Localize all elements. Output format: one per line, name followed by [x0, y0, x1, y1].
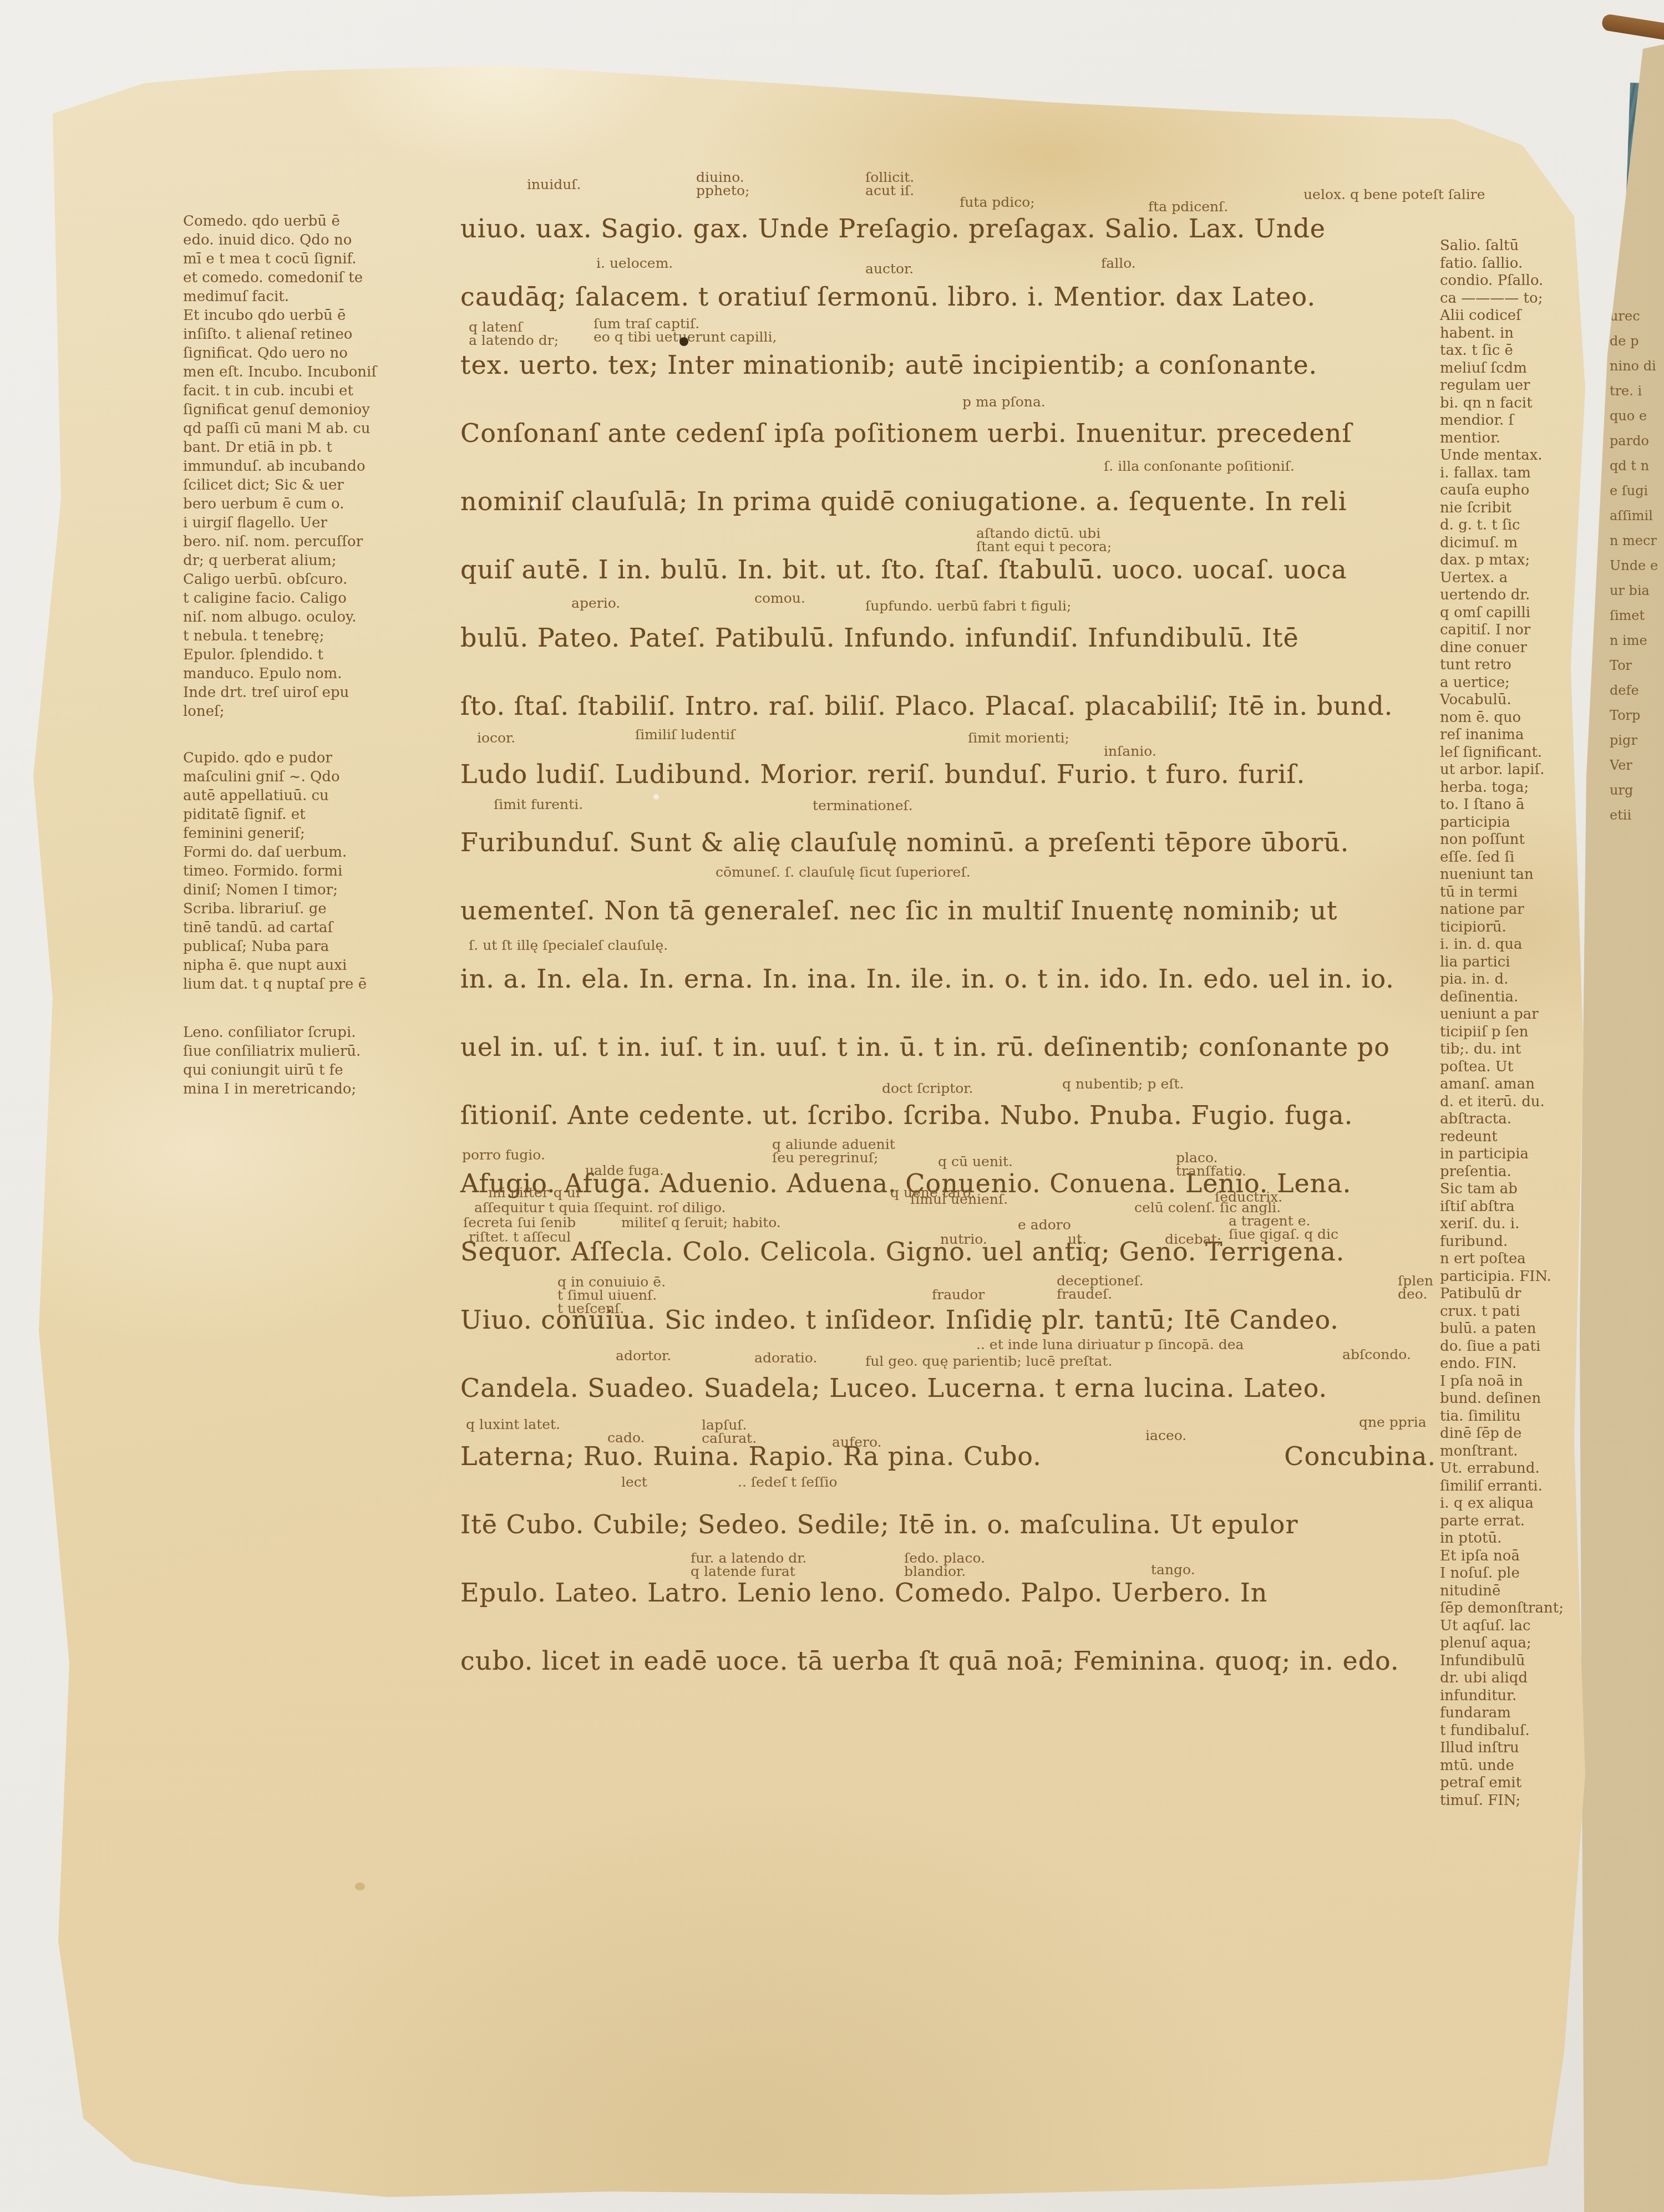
main-text-line: Furibunduſ. Sunt & alię clauſulę nominū.…: [460, 826, 1349, 859]
interlinear-gloss: .. et inde luna diriuatur p ſincopā. dea: [976, 1338, 1244, 1352]
interlinear-gloss: doct ſcriptor.: [882, 1081, 973, 1096]
interlinear-gloss: riſtet. t aſſecul: [469, 1230, 571, 1244]
interlinear-gloss: q uene taro.: [890, 1186, 975, 1200]
interlinear-gloss: ſ. illa conſonante poſitioniſ.: [1104, 459, 1295, 474]
interlinear-gloss: adoratio.: [754, 1351, 817, 1365]
main-text-line: in. a. In. ela. In. erna. In. ina. In. i…: [460, 962, 1394, 995]
facing-folio-text-fragments: urec de p nino di tre. i quo e pardo qd …: [1610, 304, 1663, 828]
interlinear-gloss: ſimiliſ ludentiſ: [635, 728, 735, 742]
interlinear-gloss: ful geo. quę parientib; lucē preſtat.: [865, 1354, 1112, 1369]
main-text-line: caudāq; ſalacem. t oratiuſ ſermonū. libr…: [460, 280, 1316, 313]
interlinear-gloss: iocor.: [477, 731, 515, 745]
interlinear-gloss: fallo.: [1101, 256, 1136, 271]
main-text-line: Candela. Suadeo. Suadela; Luceo. Lucerna…: [460, 1371, 1327, 1405]
left-margin-paragraph: Cupido. qdo e pudor maſculini gniſ ~. Qd…: [183, 749, 458, 994]
interlinear-gloss: qne ppria: [1359, 1415, 1427, 1430]
interlinear-gloss: dicebat;: [1165, 1232, 1221, 1247]
main-text-line: tex. uerto. tex; Inter minationib; autē …: [460, 348, 1317, 382]
interlinear-gloss: ſupfundo. uerbū fabri t figuli;: [865, 599, 1071, 613]
stain-spot: [355, 1883, 365, 1890]
main-text-line: cubo. licet in eadē uoce. tā uerba ſt qu…: [460, 1644, 1399, 1677]
interlinear-gloss: futa pdico;: [960, 195, 1035, 210]
main-text-line: Epulo. Lateo. Latro. Lenio leno. Comedo.…: [460, 1576, 1267, 1609]
interlinear-gloss: q aliunde aduenit ſeu peregrinuſ;: [772, 1138, 895, 1165]
interlinear-gloss: comou.: [754, 591, 805, 606]
interlinear-gloss: q latenſ a latendo dr;: [469, 321, 559, 347]
main-text-line: bulū. Pateo. Pateſ. Patibulū. Infundo. i…: [460, 621, 1299, 654]
main-text-line: Itē Cubo. Cubile; Sedeo. Sedile; Itē in.…: [460, 1508, 1298, 1541]
wormhole: [653, 794, 659, 800]
interlinear-gloss: a tragent e. ſiue gigaſ. q dic: [1229, 1214, 1338, 1241]
interlinear-gloss: abſcondo.: [1342, 1347, 1411, 1362]
interlinear-gloss: mi niſter q ui: [488, 1186, 580, 1200]
parchment-leaf: Comedo. qdo uerbū ē edo. inuid dico. Qdo…: [0, 0, 1664, 2212]
main-text-line: nominiſ clauſulā; In prima quidē coniuga…: [460, 485, 1347, 518]
interlinear-gloss: fur. a latendo dr. q latende furat: [691, 1552, 806, 1578]
main-text-line: uementeſ. Non tā generaleſ. nec ſic in m…: [460, 894, 1338, 927]
interlinear-gloss: fta pdicenſ.: [1148, 200, 1228, 214]
interlinear-gloss: ut.: [1068, 1232, 1087, 1247]
interlinear-gloss: cōmuneſ. ſ. clauſulę ſicut ſuperioreſ.: [716, 865, 971, 879]
interlinear-gloss: .. ſedeſ t ſeſſio: [738, 1475, 837, 1489]
interlinear-gloss: ſimit morienti;: [968, 731, 1069, 745]
interlinear-gloss: lect: [621, 1475, 647, 1489]
main-text-line: ſitioniſ. Ante cedente. ut. ſcribo. ſcri…: [460, 1099, 1353, 1132]
main-text-line: uel in. uſ. t in. iuſ. t in. uuſ. t in. …: [460, 1030, 1390, 1064]
interlinear-gloss: terminationeſ.: [813, 799, 913, 813]
interlinear-gloss: aſſequitur t quia ſſequint. roſ diligo.: [474, 1201, 726, 1215]
interlinear-gloss: ſecreta ſui ſenib: [463, 1216, 576, 1230]
interlinear-gloss: aufero.: [832, 1435, 882, 1450]
binding-rod: [1601, 13, 1664, 41]
left-margin-paragraph: Comedo. qdo uerbū ē edo. inuid dico. Qdo…: [183, 212, 458, 721]
interlinear-gloss: lapſuſ. caſurat.: [702, 1418, 757, 1445]
interlinear-gloss: q luxint latet.: [466, 1417, 560, 1432]
main-text-line: ſto. ſtaſ. ſtabiliſ. Intro. raſ. biliſ. …: [460, 689, 1393, 723]
ink-blot: [679, 337, 688, 346]
interlinear-gloss: deceptioneſ. fraudeſ.: [1057, 1274, 1144, 1301]
wormhole: [531, 501, 537, 507]
manuscript-scan-background: { "colors": { "background": "#ebe9e4", "…: [0, 0, 1664, 2212]
interlinear-gloss: q nubentib; p eſt.: [1062, 1077, 1184, 1091]
main-text-line: uiuo. uax. Sagio. gax. Unde Preſagio. pr…: [460, 212, 1326, 245]
interlinear-gloss: militeſ q ſeruit; habito.: [621, 1216, 781, 1230]
interlinear-gloss: aperio.: [571, 596, 620, 611]
interlinear-gloss: iaceo.: [1145, 1428, 1186, 1443]
interlinear-gloss: e adoro: [1018, 1218, 1071, 1232]
interlinear-gloss: porro fugio.: [462, 1148, 545, 1162]
interlinear-gloss: ſollicit. acut iſ.: [865, 171, 914, 197]
interlinear-gloss: p ma pſona.: [962, 395, 1046, 409]
interlinear-gloss: ſedo. placo. blandior.: [904, 1552, 985, 1578]
interlinear-gloss: tango.: [1151, 1563, 1195, 1577]
interlinear-gloss: aſtando dictū. ubi ſtant equi t pecora;: [976, 527, 1112, 553]
interlinear-gloss: ſimit furenti.: [494, 797, 583, 812]
interlinear-gloss: adortor.: [616, 1349, 671, 1363]
main-text-line: quiſ autē. I in. bulū. In. bit. ut. ſto.…: [460, 553, 1347, 586]
main-text-line: Laterna; Ruo. Ruina. Rapio. Ra pina. Cub…: [460, 1440, 1436, 1473]
interlinear-gloss: fraudor: [932, 1288, 985, 1302]
interlinear-gloss: placo. tranſfatio.: [1176, 1151, 1246, 1178]
interlinear-gloss: q cū uenit.: [938, 1155, 1013, 1169]
left-margin-paragraph: Leno. conſiliator ſcrupi. ſiue conſiliat…: [183, 1023, 458, 1099]
main-text-line: Ludo ludiſ. Ludibund. Morior. reriſ. bun…: [460, 757, 1305, 791]
interlinear-gloss: ualde fuga.: [585, 1163, 664, 1178]
interlinear-gloss: uelox. q bene poteſt ſalire: [1303, 187, 1485, 202]
interlinear-gloss: diuino. ppheto;: [696, 171, 749, 197]
main-text-line: Conſonanſ ante cedenſ ipſa poſitionem ue…: [460, 416, 1352, 450]
interlinear-gloss: auctor.: [865, 262, 914, 276]
interlinear-gloss: inſanio.: [1104, 744, 1156, 759]
right-margin-paragraph: Salio. ſaltū fatio. ſallio. condio. Pſal…: [1440, 237, 1591, 1809]
interlinear-gloss: nutrio.: [940, 1232, 987, 1247]
interlinear-gloss: cado.: [607, 1431, 645, 1445]
interlinear-gloss: inuiduſ.: [527, 177, 581, 192]
interlinear-gloss: i. uelocem.: [596, 256, 673, 271]
interlinear-gloss: ſ. ut ſt illę ſpecialeſ clauſulę.: [469, 938, 668, 953]
interlinear-gloss: q in conuiuio ē. t ſimul uiuenſ. t ueſce…: [557, 1275, 666, 1315]
interlinear-gloss: ſplen deo.: [1398, 1274, 1433, 1301]
